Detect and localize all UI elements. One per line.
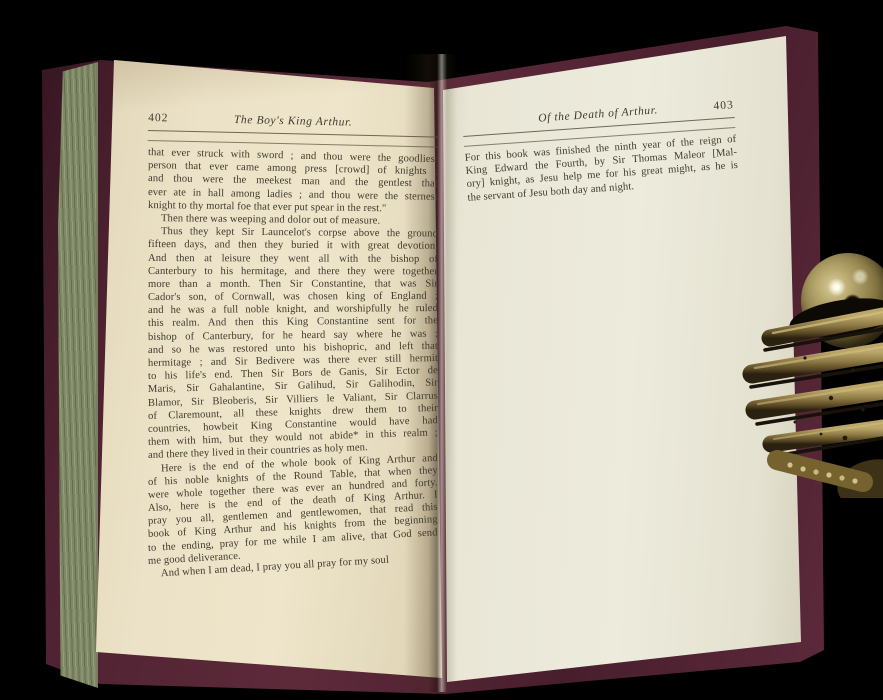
text-line: Canterbury to his hermitage, and there t… [148, 265, 438, 278]
text-line: And then at leisure they went all with t… [148, 252, 438, 266]
book-photograph: 402 The Boy's King Arthur. that ever str… [0, 0, 883, 700]
left-running-head: The Boy's King Arthur. [192, 113, 394, 130]
left-body-text: that ever struck with sword ; and thou w… [148, 146, 438, 581]
hand-cuff [777, 460, 863, 484]
head-spacer [394, 127, 438, 128]
page-stack-fore-edge [58, 62, 98, 688]
head-spacer [463, 124, 507, 127]
right-page-number: 403 [689, 99, 734, 114]
left-page-text: 402 The Boy's King Arthur. that ever str… [148, 112, 438, 581]
left-running-head-block: 402 The Boy's King Arthur. [148, 112, 439, 148]
hand-fingers [751, 312, 883, 456]
brass-hand-sculpture [735, 298, 883, 498]
left-page-number: 402 [148, 112, 192, 125]
text-line: fifteen days, and then they buried it wi… [148, 238, 438, 253]
